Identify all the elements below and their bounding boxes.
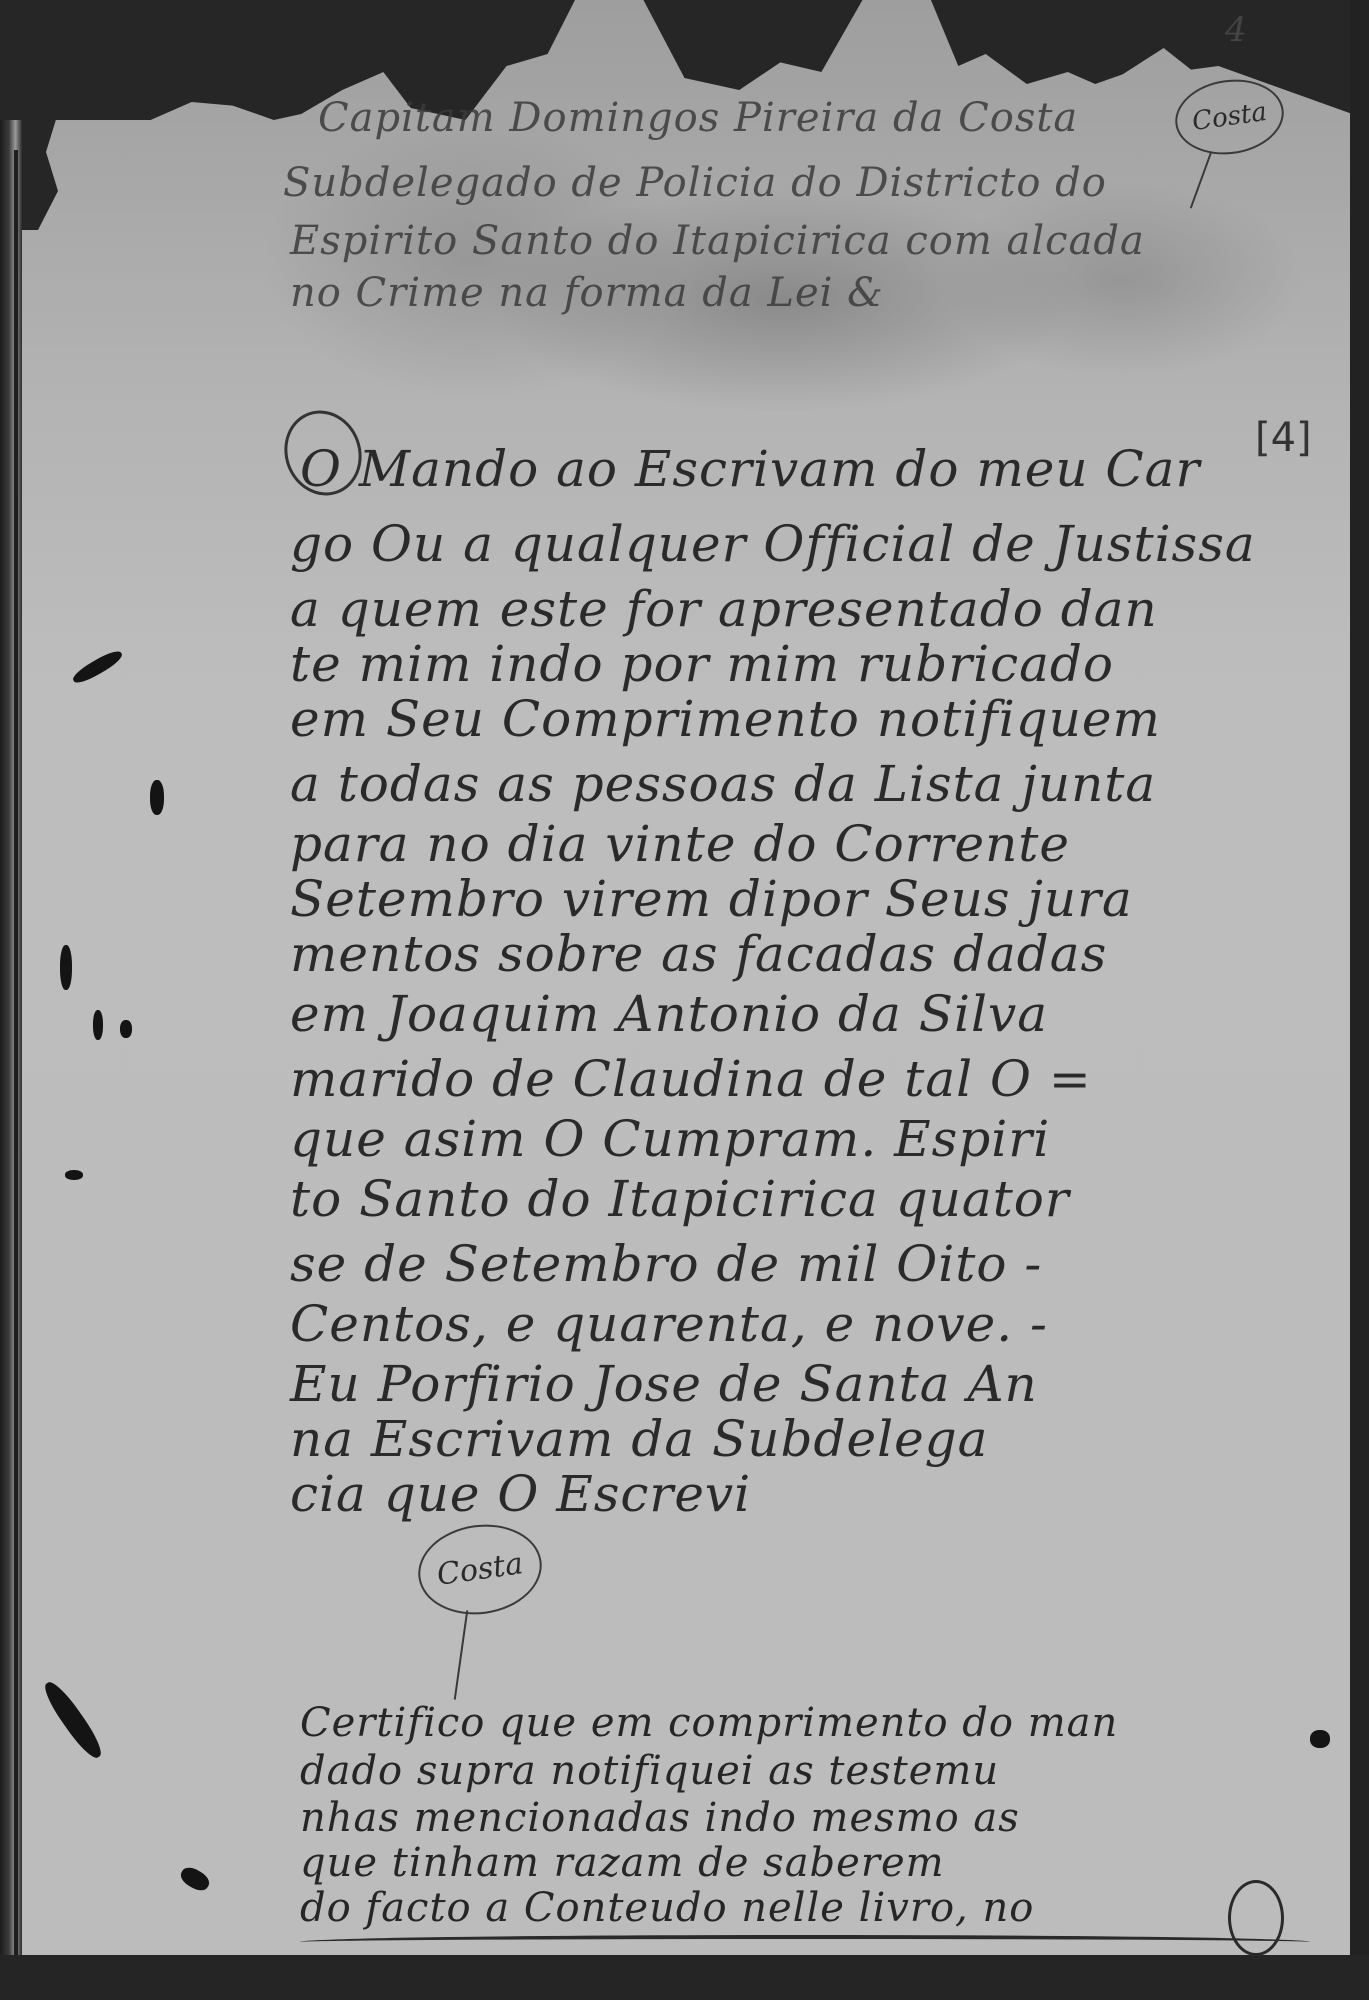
body-line: mentos sobre as facadas dadas xyxy=(290,925,1107,983)
header-line: Espirito Santo do Itapicirica com alcada xyxy=(290,218,1145,264)
body-line: te mim indo por mim rubricado xyxy=(290,635,1114,693)
ink-blot xyxy=(150,780,164,815)
scan-bottom-edge xyxy=(0,1955,1369,2000)
ink-blot xyxy=(60,945,72,990)
body-line: Centos, e quarenta, e nove. - xyxy=(290,1295,1048,1353)
body-line: Setembro virem dipor Seus jura xyxy=(290,870,1133,928)
ink-blot xyxy=(65,1170,83,1180)
certificate-line: nhas mencionadas indo mesmo as xyxy=(300,1795,1020,1841)
binding-line xyxy=(14,150,18,2000)
body-line: em Joaquim Antonio da Silva xyxy=(290,985,1048,1043)
ink-blot xyxy=(120,1020,132,1038)
closing-flourish-loop xyxy=(1228,1880,1284,1956)
certificate-line: Certifico que em comprimento do man xyxy=(300,1700,1118,1746)
book-binding-edge xyxy=(0,0,22,2000)
closing-flourish xyxy=(300,1935,1310,1949)
ink-blot xyxy=(1310,1730,1330,1748)
ink-blot xyxy=(93,1010,103,1040)
folio-corner-number: 4 xyxy=(1225,10,1247,50)
body-line: se de Setembro de mil Oito - xyxy=(290,1235,1042,1293)
body-line: a quem este for apresentado dan xyxy=(290,580,1158,638)
body-line: na Escrivam da Subdelega xyxy=(290,1410,989,1468)
body-line: cia que O Escrevi xyxy=(290,1465,751,1523)
scan-right-edge xyxy=(1350,0,1369,2000)
certificate-line: que tinham razam de saberem xyxy=(300,1840,945,1886)
body-line: em Seu Comprimento notifiquem xyxy=(290,690,1161,748)
body-line: que asim O Cumpram. Espiri xyxy=(290,1110,1050,1168)
header-line: no Crime na forma da Lei & xyxy=(290,270,884,316)
certificate-line: do facto a Conteudo nelle livro, no xyxy=(300,1885,1034,1931)
body-line: to Santo do Itapicirica quator xyxy=(290,1170,1070,1228)
body-line: go Ou a qualquer Official de Justissa xyxy=(290,515,1256,573)
body-line: marido de Claudina de tal O = xyxy=(290,1050,1092,1108)
certificate-line: dado supra notifiquei as testemu xyxy=(300,1748,999,1794)
body-line: a todas as pessoas da Lista junta xyxy=(290,755,1156,813)
seal-top-text: Costa xyxy=(1190,97,1268,137)
folio-stamp: [4] xyxy=(1255,415,1312,461)
seal-bottom-text: Costa xyxy=(435,1546,525,1593)
header-line: Subdelegado de Policia do Districto do xyxy=(283,160,1107,206)
body-line: para no dia vinte do Corrente xyxy=(290,815,1070,873)
body-line: O Mando ao Escrivam do meu Car xyxy=(300,440,1200,498)
body-line: Eu Porfirio Jose de Santa An xyxy=(290,1355,1038,1413)
header-line: Capitam Domingos Pireira da Costa xyxy=(318,95,1078,141)
